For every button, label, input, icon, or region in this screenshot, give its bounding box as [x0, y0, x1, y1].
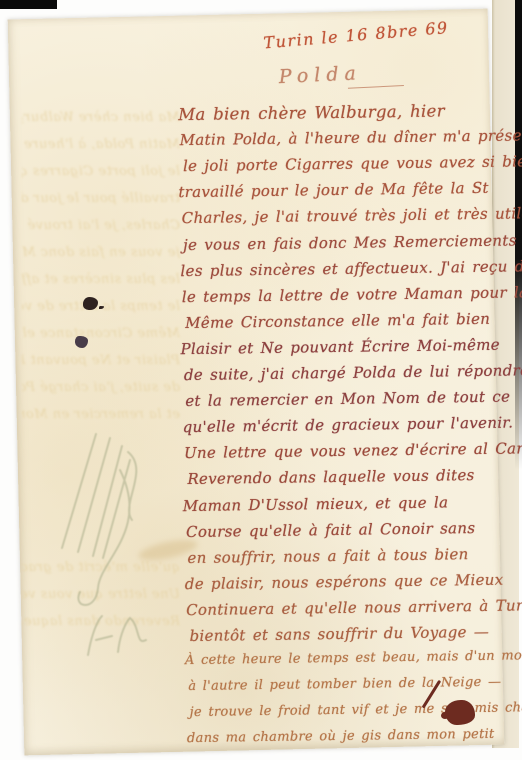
- ink-blot-maroon: [445, 700, 475, 725]
- letter-line: Course qu'elle à fait al Conoir sans: [186, 519, 475, 541]
- letter-line: le joli porte Cigarres que vous avez si …: [183, 152, 522, 175]
- letter-line: Plaisir et Ne pouvant Écrire Moi-même: [180, 336, 500, 358]
- scanned-letter-page: Ma bien chère Walburga, hierMatin Polda,…: [0, 0, 522, 760]
- letter-line: travaillé pour le jour de Ma fête la St: [178, 179, 489, 201]
- letter-line: de plaisir, nous espérons que ce Mieux: [185, 570, 504, 592]
- letter-line: Ma bien chère Walburga, hier: [178, 101, 445, 124]
- letter-line: bientôt et sans souffrir du Voyage —: [189, 623, 489, 645]
- letter-line: Une lettre que vous venez d'écrire al Ca…: [184, 440, 522, 463]
- letter-line: dans ma chambre où je gis dans mon petit: [187, 727, 495, 746]
- letter-line: le temps la lettre de votre Maman pour l…: [182, 283, 522, 306]
- letter-line: Matin Polda, à l'heure du dîner m'a prés…: [180, 126, 522, 149]
- letter-line: Continuera et qu'elle nous arrivera à Tu…: [186, 596, 522, 619]
- letter-line: je vous en fais donc Mes Remerciements: [183, 231, 517, 254]
- letter-line: de suite, j'ai chargé Polda de lui répon…: [184, 361, 522, 384]
- letter-line: les plus sincères et affectueux. J'ai re…: [180, 257, 522, 280]
- letter-line: Reverendo dans laquelle vous dites: [187, 466, 474, 488]
- letter-line: Même Circonstance elle m'a fait bien: [185, 310, 490, 332]
- letter-line: qu'elle m'écrit de gracieux pour l'aveni…: [183, 414, 514, 437]
- letter-line: Maman D'Ussol mieux, et que la: [183, 493, 449, 515]
- letter-line: Charles, je l'ai trouvé très joli et trè…: [182, 205, 522, 228]
- letter-line: à l'autre il peut tomber bien de la Neig…: [188, 675, 501, 694]
- ink-text-layer: Turin le 16 8bre 69 Polda Ma bien chère …: [0, 0, 522, 760]
- letter-body: Ma bien chère Walburga, hierMatin Polda,…: [0, 0, 522, 760]
- letter-line: et la remercier en Mon Nom de tout ce: [185, 388, 510, 411]
- letter-line: À cette heure le temps est beau, mais d'…: [185, 648, 522, 668]
- letter-line: en souffrir, nous a fait à tous bien: [187, 545, 468, 567]
